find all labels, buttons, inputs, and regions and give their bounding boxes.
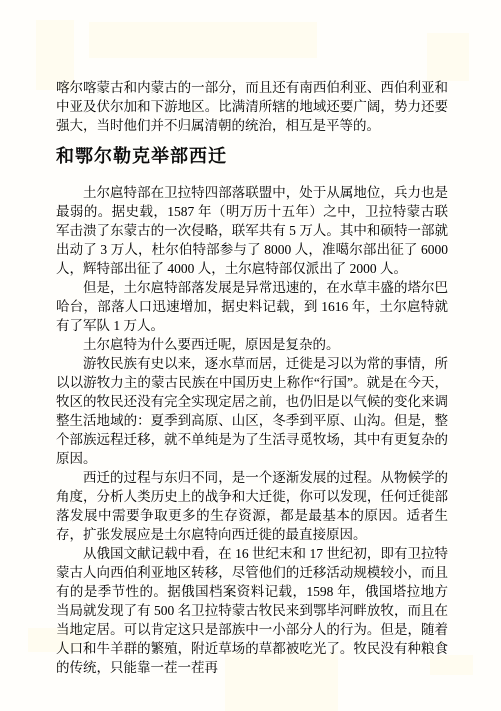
body-paragraph: 西迁的过程与东归不同，是一个逐渐发展的过程。从物候学的角度，分析人类历史上的战争… [56, 468, 448, 544]
book-page: 喀尔喀蒙古和内蒙古的一部分，而且还有南西伯利亚、西伯利亚和中亚及伏尔加和下游地区… [0, 0, 501, 711]
paper-texture-patch [427, 33, 469, 81]
body-paragraph: 土尔扈特部在卫拉特四部落联盟中，处于从属地位，兵力也是最弱的。据史载，1587 … [56, 183, 448, 278]
body-paragraph: 土尔扈特为什么要西迁呢，原因是复杂的。 [56, 335, 448, 354]
intro-paragraph: 喀尔喀蒙古和内蒙古的一部分，而且还有南西伯利亚、西伯利亚和中亚及伏尔加和下游地区… [56, 78, 448, 135]
section-heading: 和鄂尔勒克举部西迁 [56, 144, 448, 168]
body-paragraph: 但是，土尔扈特部落发展是异常迅速的，在水草丰盛的塔尔巴哈台，部落人口迅速增加，据… [56, 278, 448, 335]
body-paragraph: 从俄国文献记载中看，在 16 世纪末和 17 世纪初，即有卫拉特蒙古人向西伯利亚… [56, 544, 448, 677]
body-paragraph: 游牧民族有史以来，逐水草而居，迁徙是习以为常的事情，所以以游牧力主的蒙古民族在中… [56, 354, 448, 468]
text-column: 喀尔喀蒙古和内蒙古的一部分，而且还有南西伯利亚、西伯利亚和中亚及伏尔加和下游地区… [56, 78, 448, 677]
paper-texture-patch [89, 22, 317, 58]
